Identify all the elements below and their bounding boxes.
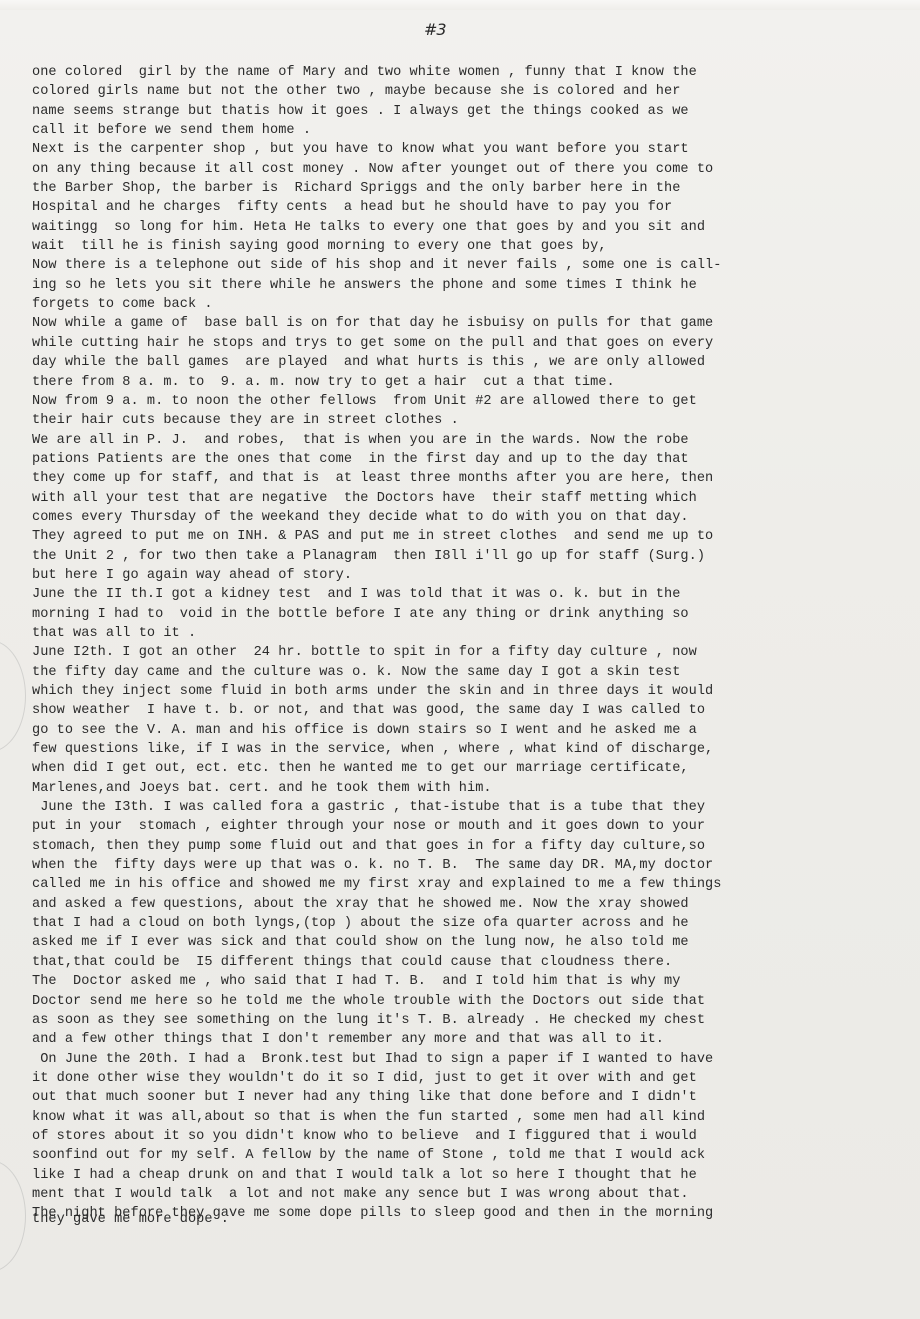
text-line: the fifty day came and the culture was o… — [32, 663, 912, 682]
text-line: know what it was all,about so that is wh… — [32, 1108, 912, 1127]
text-line: Now from 9 a. m. to noon the other fello… — [32, 392, 912, 411]
overstruck-lines: The night before they gave me some dope … — [32, 1204, 713, 1223]
text-line: when did I get out, ect. etc. then he wa… — [32, 759, 912, 778]
text-line: asked me if I ever was sick and that cou… — [32, 933, 912, 952]
text-line: Hospital and he charges fifty cents a he… — [32, 198, 912, 217]
text-line: morning I had to void in the bottle befo… — [32, 605, 912, 624]
text-line: few questions like, if I was in the serv… — [32, 740, 912, 759]
text-line: comes every Thursday of the weekand they… — [32, 508, 912, 527]
text-line: name seems strange but thatis how it goe… — [32, 102, 912, 121]
text-line: which they inject some fluid in both arm… — [32, 682, 912, 701]
text-line: June I2th. I got an other 24 hr. bottle … — [32, 643, 912, 662]
text-line: ment that I would talk a lot and not mak… — [32, 1185, 912, 1204]
text-line: Doctor send me here so he told me the wh… — [32, 992, 912, 1011]
text-line: their hair cuts because they are in stre… — [32, 411, 912, 430]
text-line: Marlenes,and Joeys bat. cert. and he too… — [32, 779, 912, 798]
text-line: Now while a game of base ball is on for … — [32, 314, 912, 333]
text-line: but here I go again way ahead of story. — [32, 566, 912, 585]
text-line: out that much sooner but I never had any… — [32, 1088, 912, 1107]
text-line: Next is the carpenter shop , but you hav… — [32, 140, 912, 159]
text-line: it done other wise they wouldn't do it s… — [32, 1069, 912, 1088]
text-line: call it before we send them home . — [32, 121, 912, 140]
typewritten-page: #3 one colored girl by the name of Mary … — [0, 0, 920, 1319]
text-line: like I had a cheap drunk on and that I w… — [32, 1166, 912, 1185]
text-line: of stores about it so you didn't know wh… — [32, 1127, 912, 1146]
text-line: day while the ball games are played and … — [32, 353, 912, 372]
text-line: there from 8 a. m. to 9. a. m. now try t… — [32, 373, 912, 392]
text-line: that was all to it . — [32, 624, 912, 643]
text-line: The night before they gave me some dope … — [32, 1204, 912, 1223]
binder-hole-mark-lower — [0, 1160, 26, 1272]
text-line: go to see the V. A. man and his office i… — [32, 721, 912, 740]
text-line: as soon as they see something on the lun… — [32, 1011, 912, 1030]
text-line: show weather I have t. b. or not, and th… — [32, 701, 912, 720]
text-line: waitingg so long for him. Heta He talks … — [32, 218, 912, 237]
text-line: On June the 20th. I had a Bronk.test but… — [32, 1050, 912, 1069]
text-line: that,that could be I5 different things t… — [32, 953, 912, 972]
text-line: put in your stomach , eighter through yo… — [32, 817, 912, 836]
typed-body-text: one colored girl by the name of Mary and… — [32, 63, 912, 1224]
page-number: #3 — [424, 20, 446, 39]
text-line: soonfind out for my self. A fellow by th… — [32, 1146, 912, 1165]
text-line: while cutting hair he stops and trys to … — [32, 334, 912, 353]
text-line: pations Patients are the ones that come … — [32, 450, 912, 469]
text-line: ing so he lets you sit there while he an… — [32, 276, 912, 295]
text-line: stomach, then they pump some fluid out a… — [32, 837, 912, 856]
text-line: called me in his office and showed me my… — [32, 875, 912, 894]
text-line: with all your test that are negative the… — [32, 489, 912, 508]
text-line: the Barber Shop, the barber is Richard S… — [32, 179, 912, 198]
text-line: colored girls name but not the other two… — [32, 82, 912, 101]
binder-hole-mark — [0, 640, 26, 752]
text-line: that I had a cloud on both lyngs,(top ) … — [32, 914, 912, 933]
text-line: they come up for staff, and that is at l… — [32, 469, 912, 488]
text-line: one colored girl by the name of Mary and… — [32, 63, 912, 82]
text-line: Now there is a telephone out side of his… — [32, 256, 912, 275]
text-line: and a few other things that I don't reme… — [32, 1030, 912, 1049]
text-line: forgets to come back . — [32, 295, 912, 314]
text-line-overstrike: they gave me more dope . — [32, 1210, 229, 1229]
paper-top-edge — [0, 0, 920, 10]
text-line: and asked a few questions, about the xra… — [32, 895, 912, 914]
text-line: June the II th.I got a kidney test and I… — [32, 585, 912, 604]
text-line: The Doctor asked me , who said that I ha… — [32, 972, 912, 991]
text-line: on any thing because it all cost money .… — [32, 160, 912, 179]
text-line: when the fifty days were up that was o. … — [32, 856, 912, 875]
text-line: We are all in P. J. and robes, that is w… — [32, 431, 912, 450]
text-line: June the I3th. I was called fora a gastr… — [32, 798, 912, 817]
text-line: They agreed to put me on INH. & PAS and … — [32, 527, 912, 546]
text-line: the Unit 2 , for two then take a Planagr… — [32, 547, 912, 566]
text-line: wait till he is finish saying good morni… — [32, 237, 912, 256]
